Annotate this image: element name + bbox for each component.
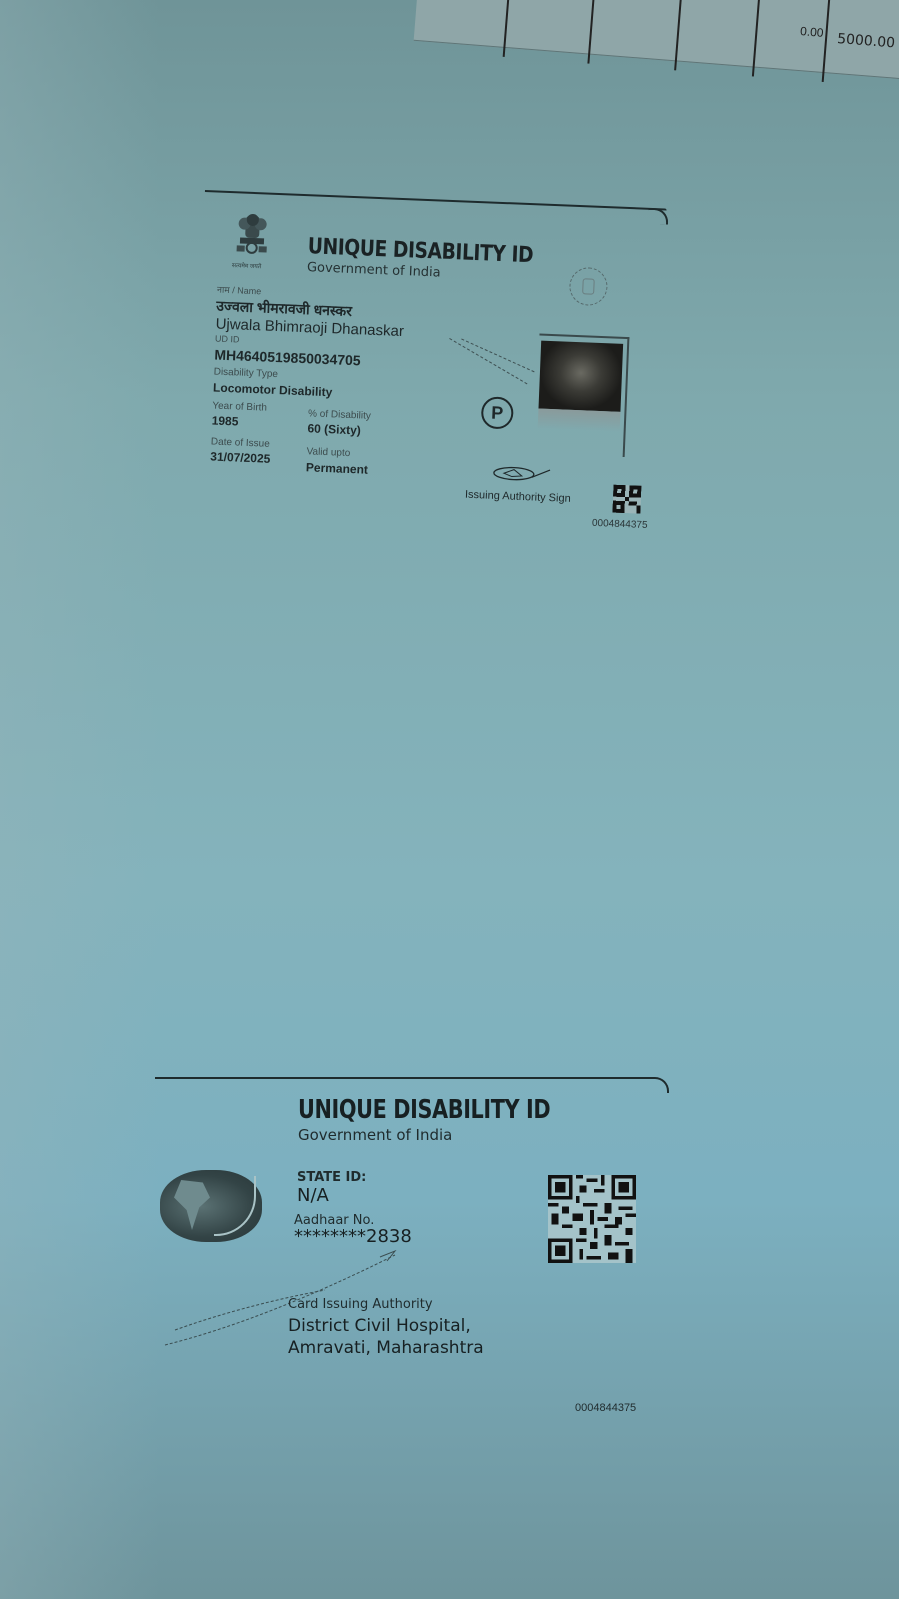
table-amount: 5000.00: [837, 31, 896, 51]
holder-photo: [538, 341, 623, 412]
issuing-authority-sign-label: Issuing Authority Sign: [465, 489, 571, 505]
table-divider: [822, 0, 831, 82]
year-of-birth-label: Year of Birth: [212, 400, 267, 413]
emblem-caption: सत्यमेव जयते: [232, 261, 262, 270]
udid-back-card: UNIQUE DISABILITY ID Government of India…: [155, 1075, 675, 1425]
udid-front-card: सत्यमेव जयते UNIQUE DISABILITY ID Govern…: [191, 190, 675, 559]
card-serial-number: 0004844375: [592, 518, 648, 531]
card-serial-number: 0004844375: [575, 1402, 636, 1414]
valid-upto-value: Permanent: [306, 460, 369, 476]
table-divider: [752, 0, 761, 77]
table-divider: [674, 0, 683, 70]
card-border-corner: [651, 1077, 669, 1093]
table-divider: [587, 0, 596, 64]
logo-arc: [214, 1176, 256, 1236]
page-shadow: [0, 0, 160, 1599]
card-subtitle: Government of India: [298, 1126, 452, 1144]
national-emblem-icon: [232, 211, 272, 258]
disability-type-value: Locomotor Disability: [213, 380, 333, 399]
udid-label: UD ID: [215, 334, 240, 345]
holder-photo-lower: [538, 409, 621, 432]
udid-value: MH4640519850034705: [214, 347, 361, 369]
percent-disability-label: % of Disability: [308, 408, 371, 422]
date-of-issue-value: 31/07/2025: [210, 449, 271, 465]
card-border: [205, 190, 667, 211]
state-id-value: N/A: [297, 1185, 329, 1206]
signature-icon: [492, 464, 553, 484]
percent-disability-value: 60 (Sixty): [307, 421, 361, 437]
disability-type-label: Disability Type: [213, 367, 278, 381]
qr-code-small-icon: [612, 485, 641, 514]
state-id-label: STATE ID:: [297, 1170, 366, 1185]
name-english: Ujwala Bhimraoji Dhanaskar: [215, 316, 404, 341]
table-divider: [503, 0, 512, 57]
card-title: UNIQUE DISABILITY ID: [298, 1095, 550, 1125]
table-amount-partial: 0.00: [800, 24, 824, 40]
india-map-shape: [174, 1180, 210, 1230]
card-issuing-authority-value: District Civil Hospital, Amravati, Mahar…: [288, 1315, 484, 1359]
pen-stroke: [449, 338, 528, 385]
date-of-issue-label: Date of Issue: [211, 436, 270, 449]
year-of-birth-value: 1985: [211, 413, 238, 428]
official-seal-icon: [569, 267, 608, 306]
name-label: नाम / Name: [217, 283, 262, 298]
valid-upto-label: Valid upto: [306, 446, 350, 459]
p-symbol-icon: P: [481, 396, 514, 429]
card-border: [155, 1077, 655, 1079]
india-map-logo-icon: [160, 1170, 262, 1242]
background-table-strip: 0.00 5000.00: [414, 0, 899, 82]
qr-code-icon: [548, 1173, 636, 1265]
card-issuing-authority-label: Card Issuing Authority: [288, 1297, 433, 1312]
aadhaar-value: ********2838: [294, 1226, 412, 1247]
